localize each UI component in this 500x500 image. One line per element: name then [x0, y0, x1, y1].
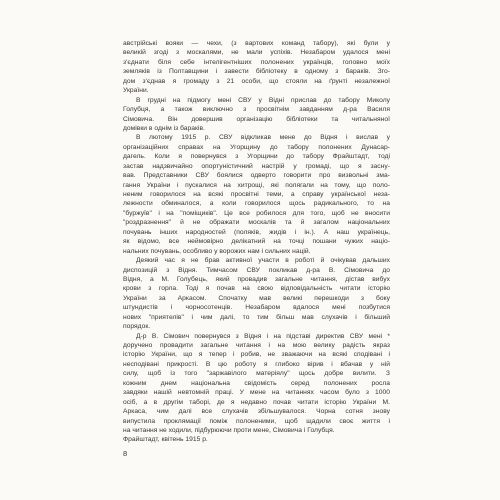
- paragraph: Деякий час я не брав активної участи в р…: [123, 256, 390, 332]
- text-line: організаційних справах на Угорщину до та…: [123, 143, 390, 152]
- text-line: В грудні на підмогу мені СВУ у Відні при…: [123, 96, 390, 105]
- text-line: порядок.: [123, 322, 390, 331]
- text-line: В лютому 1915 р. СВУ відкликав мене до В…: [123, 133, 390, 142]
- text-line: історію України, що я тепер і робив, не …: [123, 350, 390, 359]
- text-line: домівки в однім із бараків.: [123, 124, 390, 133]
- paragraph: В грудні на підмогу мені СВУ у Відні при…: [123, 96, 390, 134]
- text-line: Голубця, а також виключно з просвітнім з…: [123, 105, 390, 114]
- text-line: гання України і пускалися на хитрощі, як…: [123, 181, 390, 190]
- text-line: випустила проклямації поміж полоненими, …: [123, 417, 390, 426]
- text-line: з'єднати біля себе інтелігентніших полон…: [123, 58, 390, 67]
- text-line: Деякий час я не брав активної участи в р…: [123, 256, 390, 265]
- text-line: осіб, а в другім таборі, де я недавно по…: [123, 398, 390, 407]
- page-text-block: австрійські вояки — чехи, (з вартових ко…: [123, 39, 390, 445]
- text-line: "буржуїв" і на "поміщиків". Це все робил…: [123, 209, 390, 218]
- text-line: великій згоді з москалями, не мали успіх…: [123, 48, 390, 57]
- text-line: нальних почувань, особливо у ворожих нам…: [123, 247, 390, 256]
- text-line: штундистів і чорносотенців. Незабаром вд…: [123, 303, 390, 312]
- text-line: лежности обминалося, а коли говорилося щ…: [123, 199, 390, 208]
- page-number: 8: [123, 449, 127, 458]
- text-line: "роздразнення" й не ображати москалів та…: [123, 218, 390, 227]
- text-line: Сімовича. Він довершив організацію біблі…: [123, 115, 390, 124]
- text-line: на читання не ходили, підбурюючи проти м…: [123, 426, 390, 435]
- paragraph: австрійські вояки — чехи, (з вартових ко…: [123, 39, 390, 96]
- text-line: вав. Представники СВУ боялися одверто го…: [123, 171, 390, 180]
- text-line: силу, щоб із того "заржавілого матеріялу…: [123, 369, 390, 378]
- paragraph: В лютому 1915 р. СВУ відкликав мене до В…: [123, 133, 390, 256]
- text-line: дагель. Коли я повернувся з Угорщини до …: [123, 152, 390, 161]
- paragraph: Д-р В. Сімович повернувся з Відня і на п…: [123, 332, 390, 436]
- text-line: Аркаса, чим далі все слухачів збільшувал…: [123, 407, 390, 416]
- text-line: неним говорилося на всякі просвітні теми…: [123, 190, 390, 199]
- text-line: диспозицій з Відня. Тимчасом СВУ поклика…: [123, 266, 390, 275]
- text-line: крови з горла. Тоді я почав на свою відп…: [123, 284, 390, 293]
- text-line: дом з'єднав я громаду з 21 особи, що сто…: [123, 77, 390, 86]
- text-line: земляків із Полтавщини і завести бібліот…: [123, 67, 390, 76]
- text-line: нових "приятелів" і чим далі, то тим біл…: [123, 313, 390, 322]
- text-line: доручено провадити загальне читання і на…: [123, 341, 390, 350]
- dateline: Фрайштадт, квітень 1915 р.: [123, 435, 390, 444]
- text-line: Відня, а М. Голубець, який провадив зага…: [123, 275, 390, 284]
- text-line: австрійські вояки — чехи, (з вартових ко…: [123, 39, 390, 48]
- text-line: як відомо, все неймовірно делікатний на …: [123, 237, 390, 246]
- text-line: застав надзвичайно опортуністичний настр…: [123, 162, 390, 171]
- text-line: України за Аркасом. Спочатку мав великі …: [123, 294, 390, 303]
- text-line: почувань інших народностей (поляків, жид…: [123, 228, 390, 237]
- text-line: кожним днем національна свідомість серед…: [123, 379, 390, 388]
- text-line: несподівані прикрості. В цю роботу я гли…: [123, 360, 390, 369]
- text-line: завдяки нашій невтомній праці. У мене на…: [123, 388, 390, 397]
- text-line: України.: [123, 86, 390, 95]
- text-line: Д-р В. Сімович повернувся з Відня і на п…: [123, 332, 390, 341]
- book-page: австрійські вояки — чехи, (з вартових ко…: [0, 0, 500, 500]
